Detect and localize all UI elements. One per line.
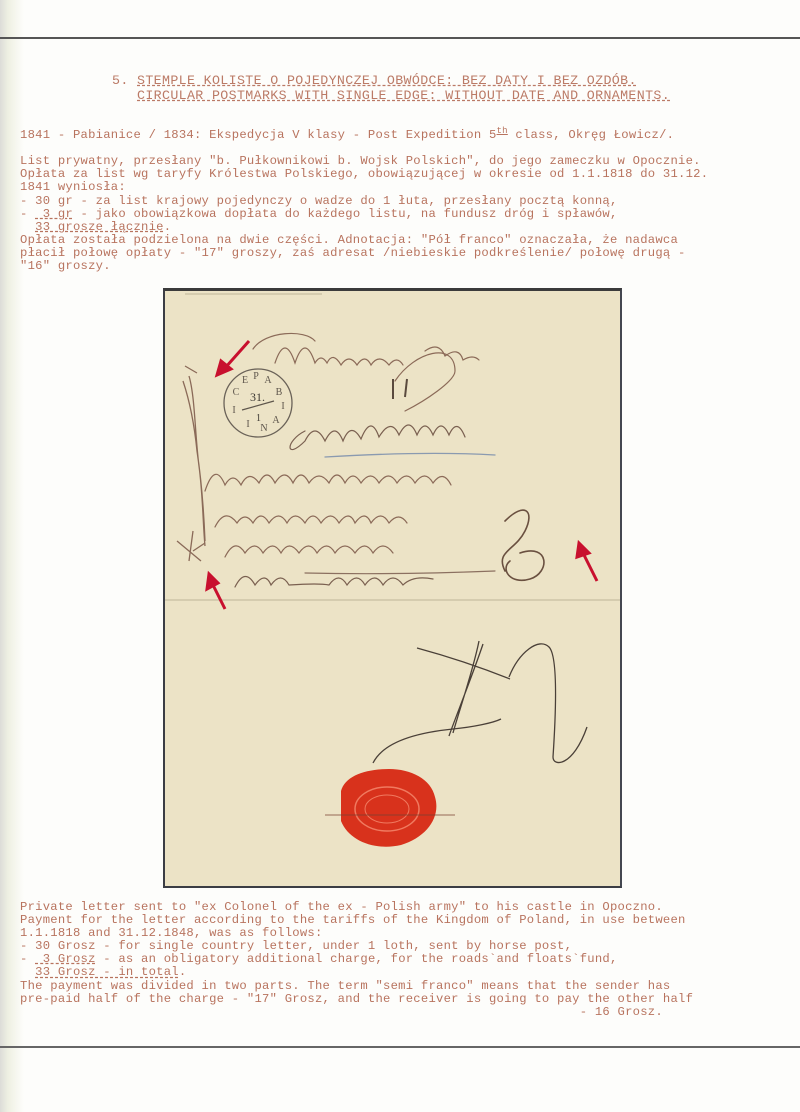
- pl-line: "16" groszy.: [20, 259, 111, 273]
- en-line: -: [20, 952, 35, 966]
- bottom-border-rule: [0, 1046, 800, 1048]
- pl-line: 1841 - Pabianice / 1834: Ekspedycja V kl…: [20, 128, 497, 142]
- pl-line: Opłata za list wg taryfy Królestwa Polsk…: [20, 167, 708, 181]
- en-line: Private letter sent to "ex Colonel of th…: [20, 900, 663, 914]
- en-line: .: [179, 965, 187, 979]
- en-total: 33 Grosz - in total: [35, 965, 179, 979]
- en-line: 1.1.1818 and 31.12.1848, was as follows:: [20, 926, 323, 940]
- pl-line: class, Okręg Łowicz/.: [508, 128, 674, 142]
- en-line: - as an obligatory additional charge, fo…: [96, 952, 618, 966]
- pl-line: - 30 gr - za list krajowy pojedynczy o w…: [20, 194, 618, 208]
- pl-line: -: [20, 207, 35, 221]
- postmark-icon: CEPABIANII 31. 1: [224, 369, 292, 437]
- indent: [20, 965, 35, 979]
- pl-amount: 3 gr: [35, 207, 73, 221]
- page-title: 5. STEMPLE KOLISTE O POJEDYNCZEJ OBWÓDCE…: [112, 73, 670, 103]
- pl-line: - jako obowiązkowa dopłata do każdego li…: [73, 207, 618, 221]
- pl-line: Opłata została podzielona na dwie części…: [20, 233, 678, 247]
- rate-numeral-icon: [393, 379, 407, 399]
- en-line: pre-paid half of the charge - "17" Grosz…: [20, 992, 693, 1006]
- pl-total: 33 grosze łącznie: [35, 220, 164, 234]
- superscript-th: th: [497, 126, 508, 136]
- en-line: The payment was divided in two parts. Th…: [20, 979, 670, 993]
- english-description: Private letter sent to "ex Colonel of th…: [20, 901, 693, 1019]
- en-amount: 3 Grosz: [35, 952, 96, 966]
- handwriting-illustration: CEPABIANII 31. 1: [165, 291, 622, 888]
- pl-line: 1841 wyniosła:: [20, 180, 126, 194]
- title-number: 5.: [112, 73, 129, 88]
- wax-seal-icon: [325, 769, 455, 847]
- svg-text:31.: 31.: [250, 390, 265, 404]
- pl-line: List prywatny, przesłany "b. Pułkownikow…: [20, 154, 701, 168]
- en-line: Payment for the letter according to the …: [20, 913, 686, 927]
- pl-line: płacił połowę opłaty - "17" groszy, zaś …: [20, 246, 686, 260]
- en-line: - 30 Grosz - for single country letter, …: [20, 939, 572, 953]
- title-polish: STEMPLE KOLISTE O POJEDYNCZEJ OBWÓDCE: B…: [137, 73, 637, 88]
- polish-description: 1841 - Pabianice / 1834: Ekspedycja V kl…: [20, 125, 708, 273]
- pl-line: .: [164, 220, 172, 234]
- top-border-rule: [0, 37, 800, 39]
- letter-scan: CEPABIANII 31. 1: [163, 288, 622, 888]
- pol-franco-annotation-icon: [177, 366, 205, 561]
- reverse-numeral-icon: [373, 641, 587, 763]
- indent: [20, 220, 35, 234]
- title-english: CIRCULAR POSTMARKS WITH SINGLE EDGE: WIT…: [137, 88, 670, 103]
- en-line: - 16 Grosz.: [20, 1005, 663, 1019]
- svg-text:1: 1: [256, 413, 261, 424]
